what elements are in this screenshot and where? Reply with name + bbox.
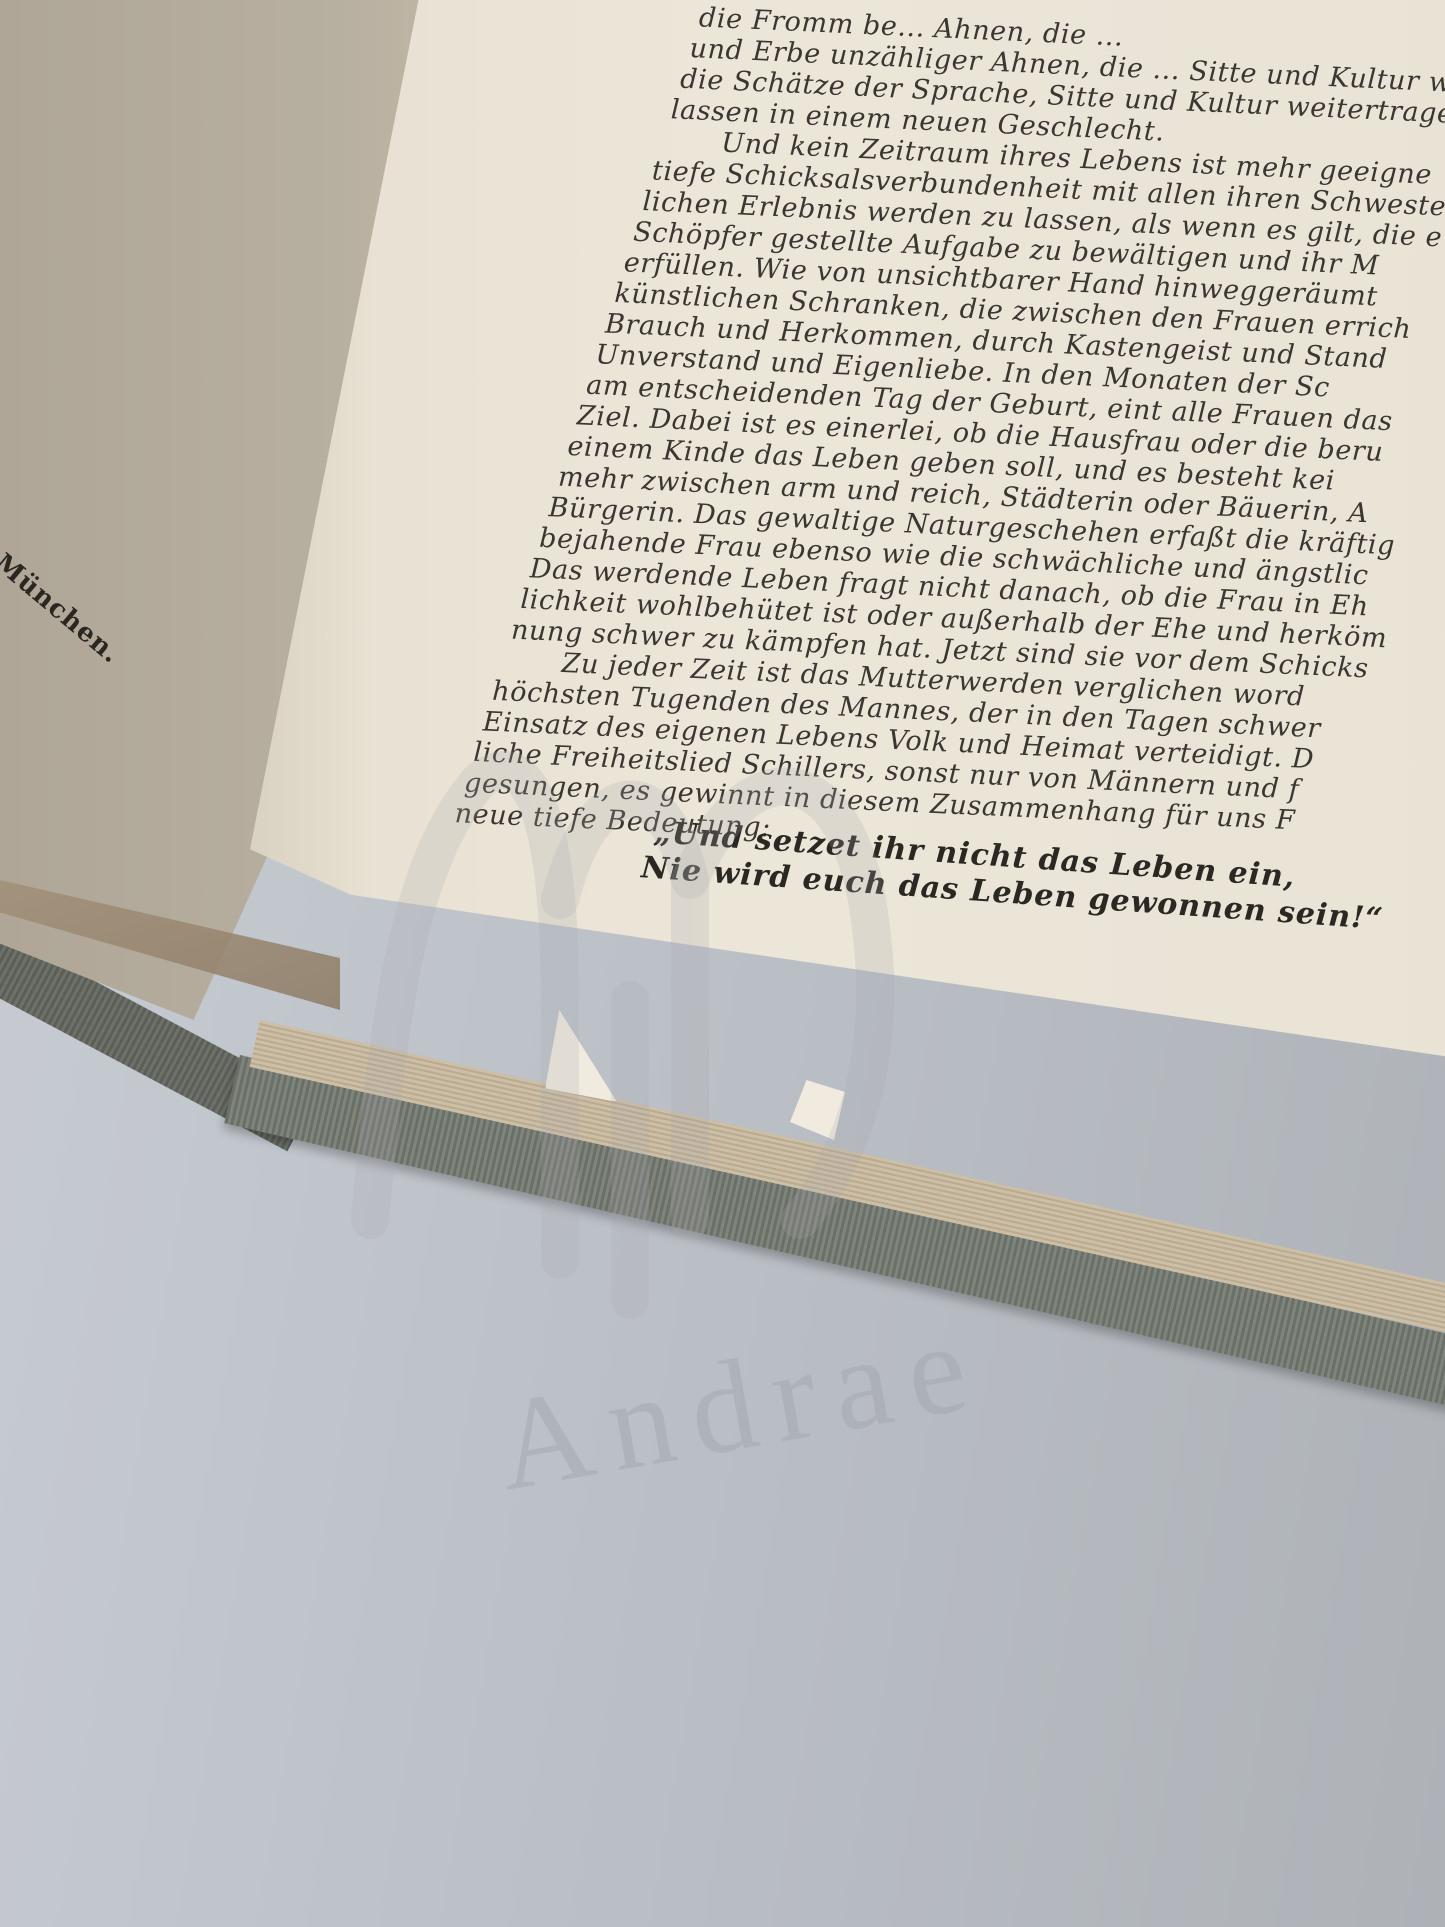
page-tear <box>790 1080 845 1140</box>
watermark-text: Andrae <box>486 1289 995 1522</box>
page-tear <box>545 1010 617 1102</box>
book-photo: München. die Fromm be... Ahnen, die ... … <box>0 0 1445 1927</box>
right-page-body-text: die Fromm be... Ahnen, die ... und Erbe … <box>432 0 1445 878</box>
